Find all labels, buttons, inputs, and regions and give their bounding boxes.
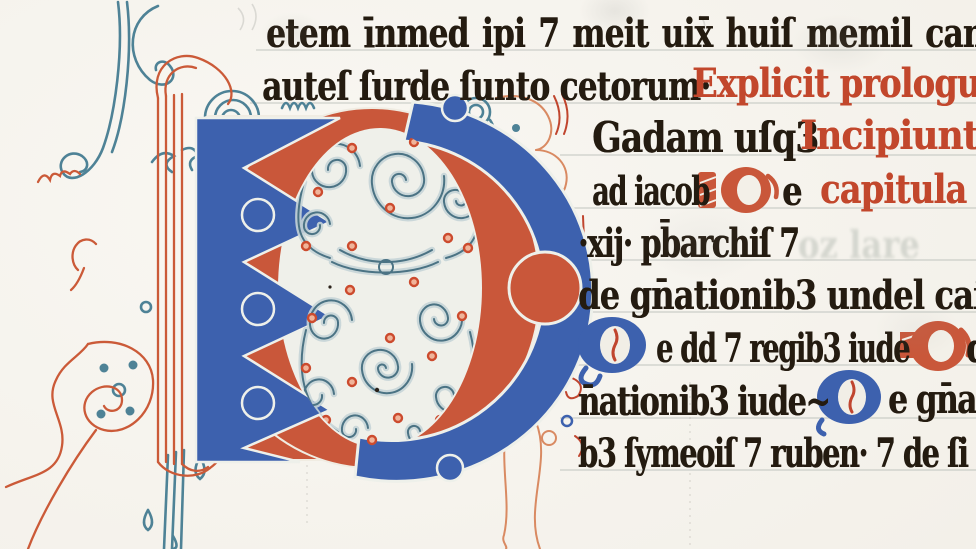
latin-text: ·xij· pb̄archiſ 7	[578, 220, 798, 267]
manuscript-line-5: ·xij· pb̄archiſ 7	[578, 224, 798, 264]
manuscript-line-2-black: auteſ ſurde ſunto cetorum·	[262, 67, 710, 107]
latin-text: e dd 7 regib3 iude	[656, 325, 909, 372]
show-through-text: oz lare	[798, 226, 920, 264]
latin-text: Gadam uſq3	[592, 113, 818, 162]
rubric-text: Explicit prologu	[692, 60, 976, 107]
latin-text: b3 ſymeoiſ 7 ruben· 7 de ſi	[578, 430, 967, 477]
manuscript-line-7-black: e dd 7 regib3 iude	[656, 329, 909, 369]
manuscript-line-4-rubric: capitula	[820, 170, 966, 210]
latin-text: d	[966, 325, 976, 372]
rubricated-initial-d-orange-line4	[698, 167, 777, 213]
rubric-text: Incipiunt	[800, 112, 976, 159]
manuscript-line-3-rubric: Incipiunt	[800, 116, 976, 156]
latin-text: auteſ ſurde ſunto cetorum·	[262, 63, 710, 110]
manuscript-line-4-black: ad iacob	[592, 172, 709, 212]
latin-text: etem īnmed ipi 7 meit uix̄ huiſ memil ca…	[266, 10, 976, 57]
manuscript-line-2-rubric: Explicit prologu	[692, 64, 976, 104]
latin-text: ad iacob	[592, 168, 709, 215]
initial-orange-lobe	[509, 252, 581, 324]
latin-text: e gn̄a	[888, 376, 976, 423]
latin-text: n̄ationib3 iude~	[578, 378, 829, 425]
latin-text: de gn̄ationib3 undel caio	[578, 272, 976, 319]
manuscript-line-7-after-initial2: d	[966, 329, 976, 369]
rubric-text: capitula	[820, 166, 966, 213]
manuscript-line-9: b3 ſymeoiſ 7 ruben· 7 de ſi	[578, 434, 967, 474]
rubricated-initial-d-blue-line7	[578, 317, 646, 385]
manuscript-line-3-black: Gadam uſq3	[592, 117, 818, 159]
latin-text: e	[782, 168, 802, 215]
manuscript-line-4-after-initial: e	[782, 172, 802, 212]
manuscript-line-1: etem īnmed ipi 7 meit uix̄ huiſ memil ca…	[266, 14, 976, 54]
rubricated-initial-d-orange-line7	[900, 321, 969, 371]
manuscript-line-8-after-initial: e gn̄a	[888, 380, 976, 420]
manuscript-line-8-black: n̄ationib3 iude~	[578, 382, 829, 422]
manuscript-photo: oz lare etem īnmed ipi 7 meit uix̄ huiſ …	[0, 0, 976, 549]
manuscript-line-6: de gn̄ationib3 undel caio	[578, 276, 976, 316]
illuminated-initial	[196, 95, 593, 481]
